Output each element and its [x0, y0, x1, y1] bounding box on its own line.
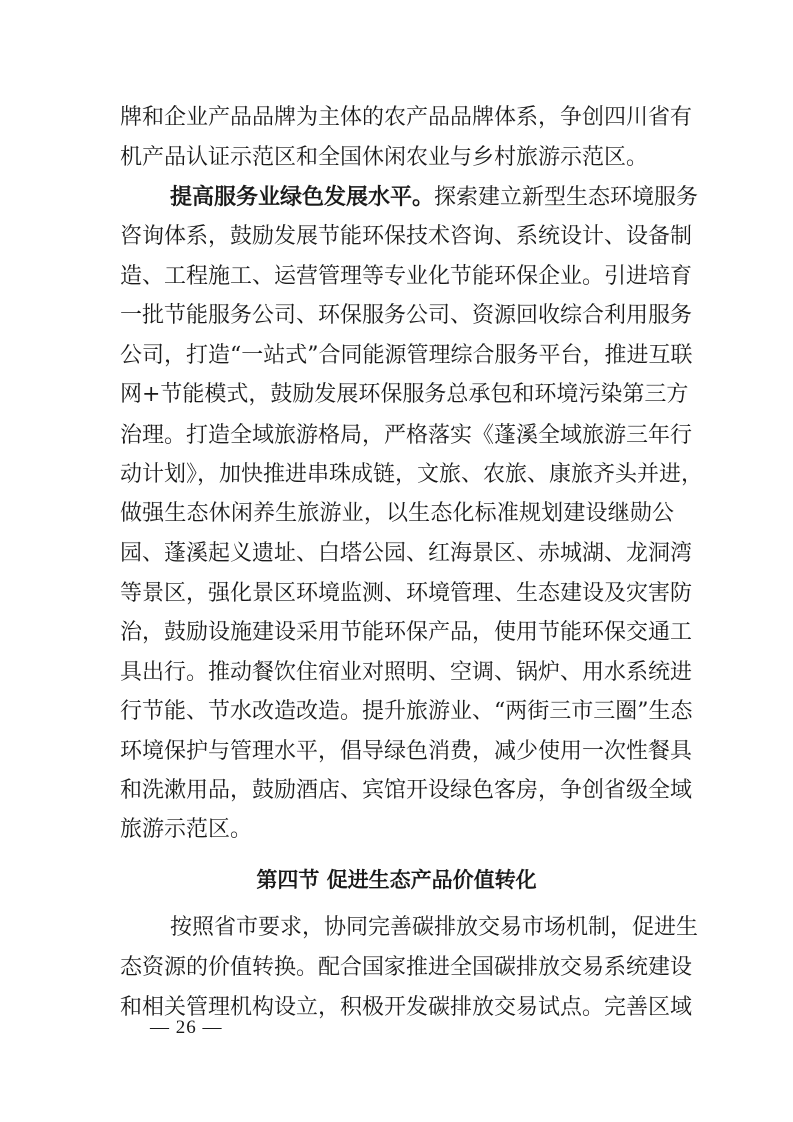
paragraph-line: 公司，打造“一站式”合同能源管理综合服务平台，推进互联	[120, 336, 674, 376]
paragraph-line: 网+节能模式，鼓励发展环保服务总承包和环境污染第三方	[120, 375, 674, 415]
section-heading: 第四节 促进生态产品价值转化	[0, 860, 793, 900]
paragraph-line: 做强生态休闲养生旅游业，以生态化标准规划建设继勋公	[120, 494, 674, 534]
paragraph-line: 动计划》，加快推进串珠成链，文旅、农旅、康旅齐头并进，	[120, 455, 674, 495]
paragraph-line: 牌和企业产品品牌为主体的农产品品牌体系，争创四川省有	[120, 98, 674, 138]
paragraph-line: 咨询体系，鼓励发展节能环保技术咨询、系统设计、设备制	[120, 217, 674, 257]
paragraph-line: 治理。打造全域旅游格局，严格落实《蓬溪全域旅游三年行	[120, 416, 674, 456]
paragraph-line: 旅游示范区。	[120, 810, 674, 850]
paragraph-text: 探索建立新型生态环境服务	[434, 185, 698, 210]
page-number: — 26 —	[150, 1013, 223, 1043]
paragraph-line: 造、工程施工、运营管理等专业化节能环保企业。引进培育	[120, 257, 674, 297]
document-page: 牌和企业产品品牌为主体的农产品品牌体系，争创四川省有 机产品认证示范区和全国休闲…	[0, 0, 793, 1122]
paragraph-first-line: 按照省市要求，协同完善碳排放交易市场机制，促进生	[170, 908, 674, 948]
paragraph-line: 环境保护与管理水平，倡导绿色消费，减少使用一次性餐具	[120, 732, 674, 772]
paragraph-line: 机产品认证示范区和全国休闲农业与乡村旅游示范区。	[120, 138, 674, 178]
paragraph-line: 园、蓬溪起义遗址、白塔公园、红海景区、赤城湖、龙洞湾	[120, 534, 674, 574]
paragraph-line: 具出行。推动餐饮住宿业对照明、空调、锅炉、用水系统进	[120, 653, 674, 693]
paragraph-first-line: 提高服务业绿色发展水平。探索建立新型生态环境服务	[170, 178, 674, 218]
paragraph-line: 治，鼓励设施建设采用节能环保产品，使用节能环保交通工	[120, 613, 674, 653]
paragraph-line: 和洗漱用品，鼓励酒店、宾馆开设绿色客房，争创省级全域	[120, 771, 674, 811]
paragraph-line: 等景区，强化景区环境监测、环境管理、生态建设及灾害防	[120, 574, 674, 614]
paragraph-lead-heading: 提高服务业绿色发展水平。	[170, 185, 434, 210]
paragraph-line: 行节能、节水改造改造。提升旅游业、“两街三市三圈”生态	[120, 692, 674, 732]
paragraph-line: 一批节能服务公司、环保服务公司、资源回收综合利用服务	[120, 296, 674, 336]
paragraph-line: 态资源的价值转换。配合国家推进全国碳排放交易系统建设	[120, 948, 674, 988]
